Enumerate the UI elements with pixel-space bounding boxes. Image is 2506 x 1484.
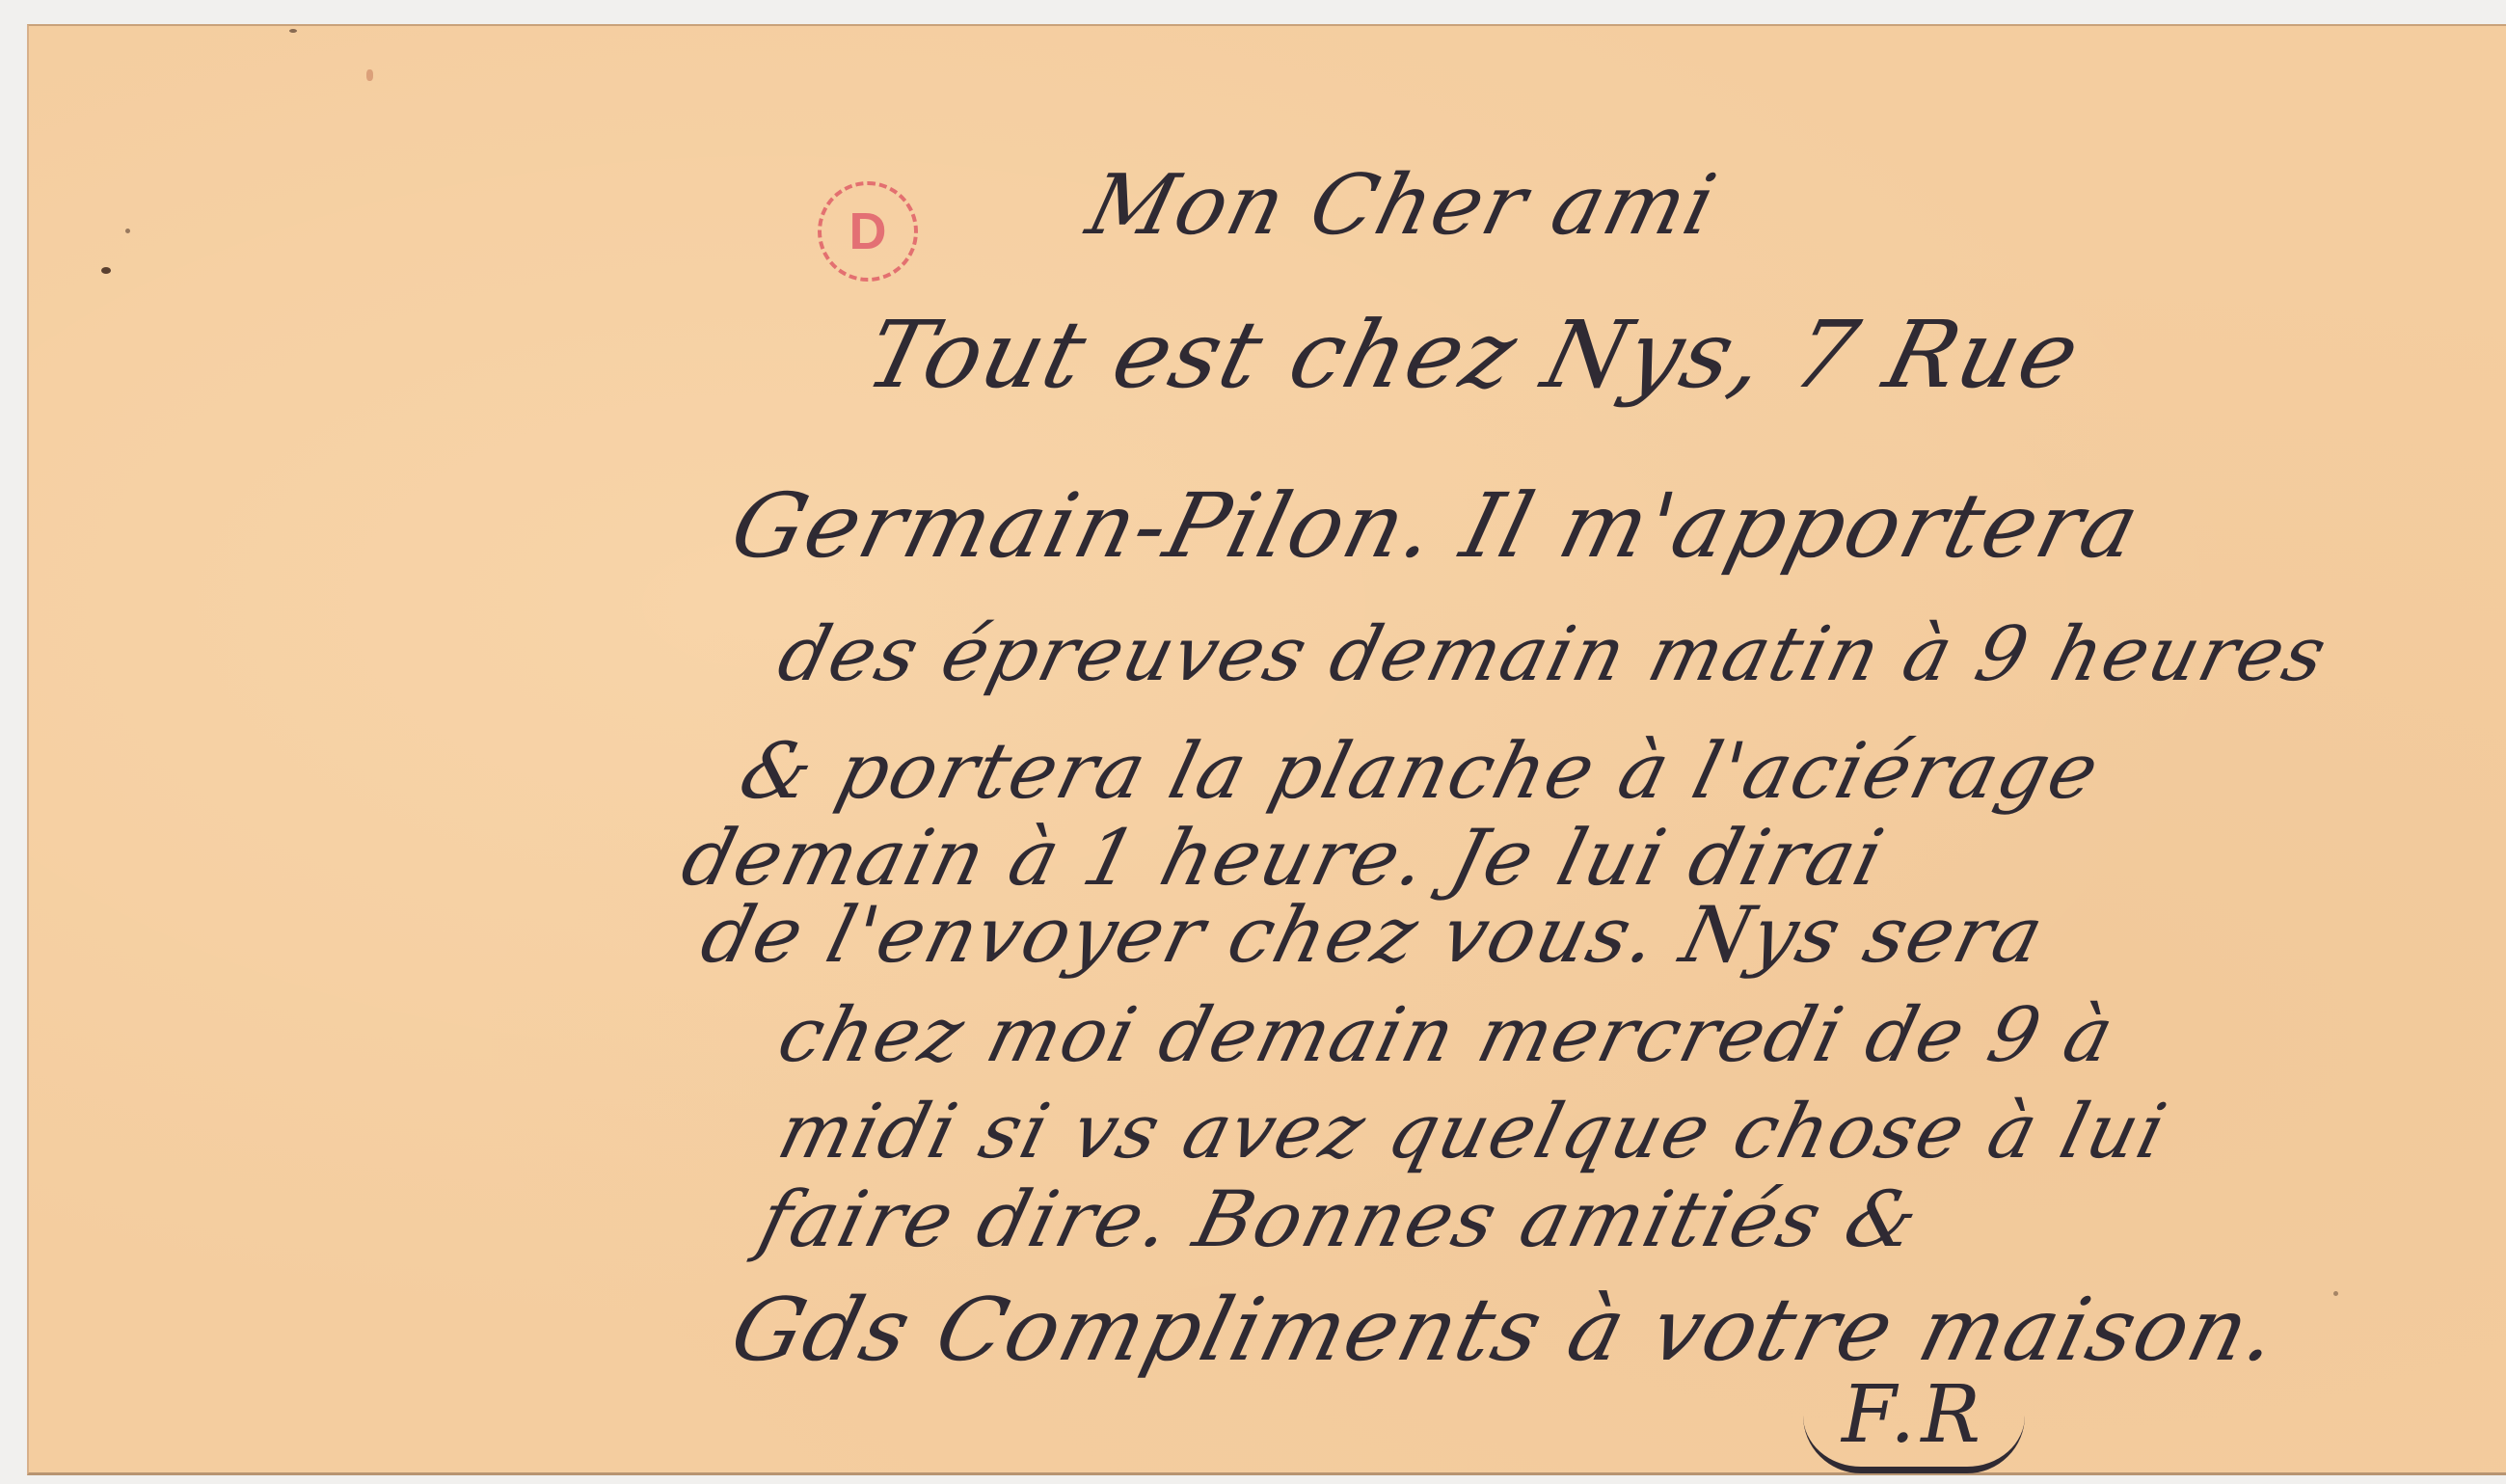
letter-line: Germain-Pilon. Il m'apportera (723, 482, 2148, 571)
signature: F.R (1803, 1369, 2025, 1473)
letter-line: faire dire. Bonnes amitiés & (752, 1181, 1927, 1258)
paper-speck (289, 29, 297, 33)
stamp-letter: D (849, 202, 887, 261)
letter-line: Gds Compliments à votre maison. (723, 1287, 2288, 1374)
letter-line: chez moi demain mercredi de 9 à (771, 998, 2122, 1073)
letter-line: Tout est chez Nys, 7 Rue (858, 309, 2089, 401)
letter-line: & portera la planche à l'aciérage (733, 733, 2108, 810)
letter-line: midi si vs avez quelque chose à lui (771, 1094, 2174, 1170)
paper-speck (101, 267, 111, 274)
paper-speck (125, 229, 130, 233)
letter-line: des épreuves demain matin à 9 heures (771, 617, 2334, 692)
paper-speck (2333, 1291, 2338, 1296)
archive-stamp: D (818, 181, 918, 282)
letter-line: de l'envoyer chez vous. Nys sera (694, 897, 2052, 974)
paper-speck (366, 69, 373, 81)
salutation: Mon Cher ami (1080, 164, 1725, 247)
letter-line: demain à 1 heure. Je lui dirai (675, 820, 1892, 897)
page: D Mon Cher ami Tout est chez Nys, 7 Rue … (0, 0, 2506, 1484)
